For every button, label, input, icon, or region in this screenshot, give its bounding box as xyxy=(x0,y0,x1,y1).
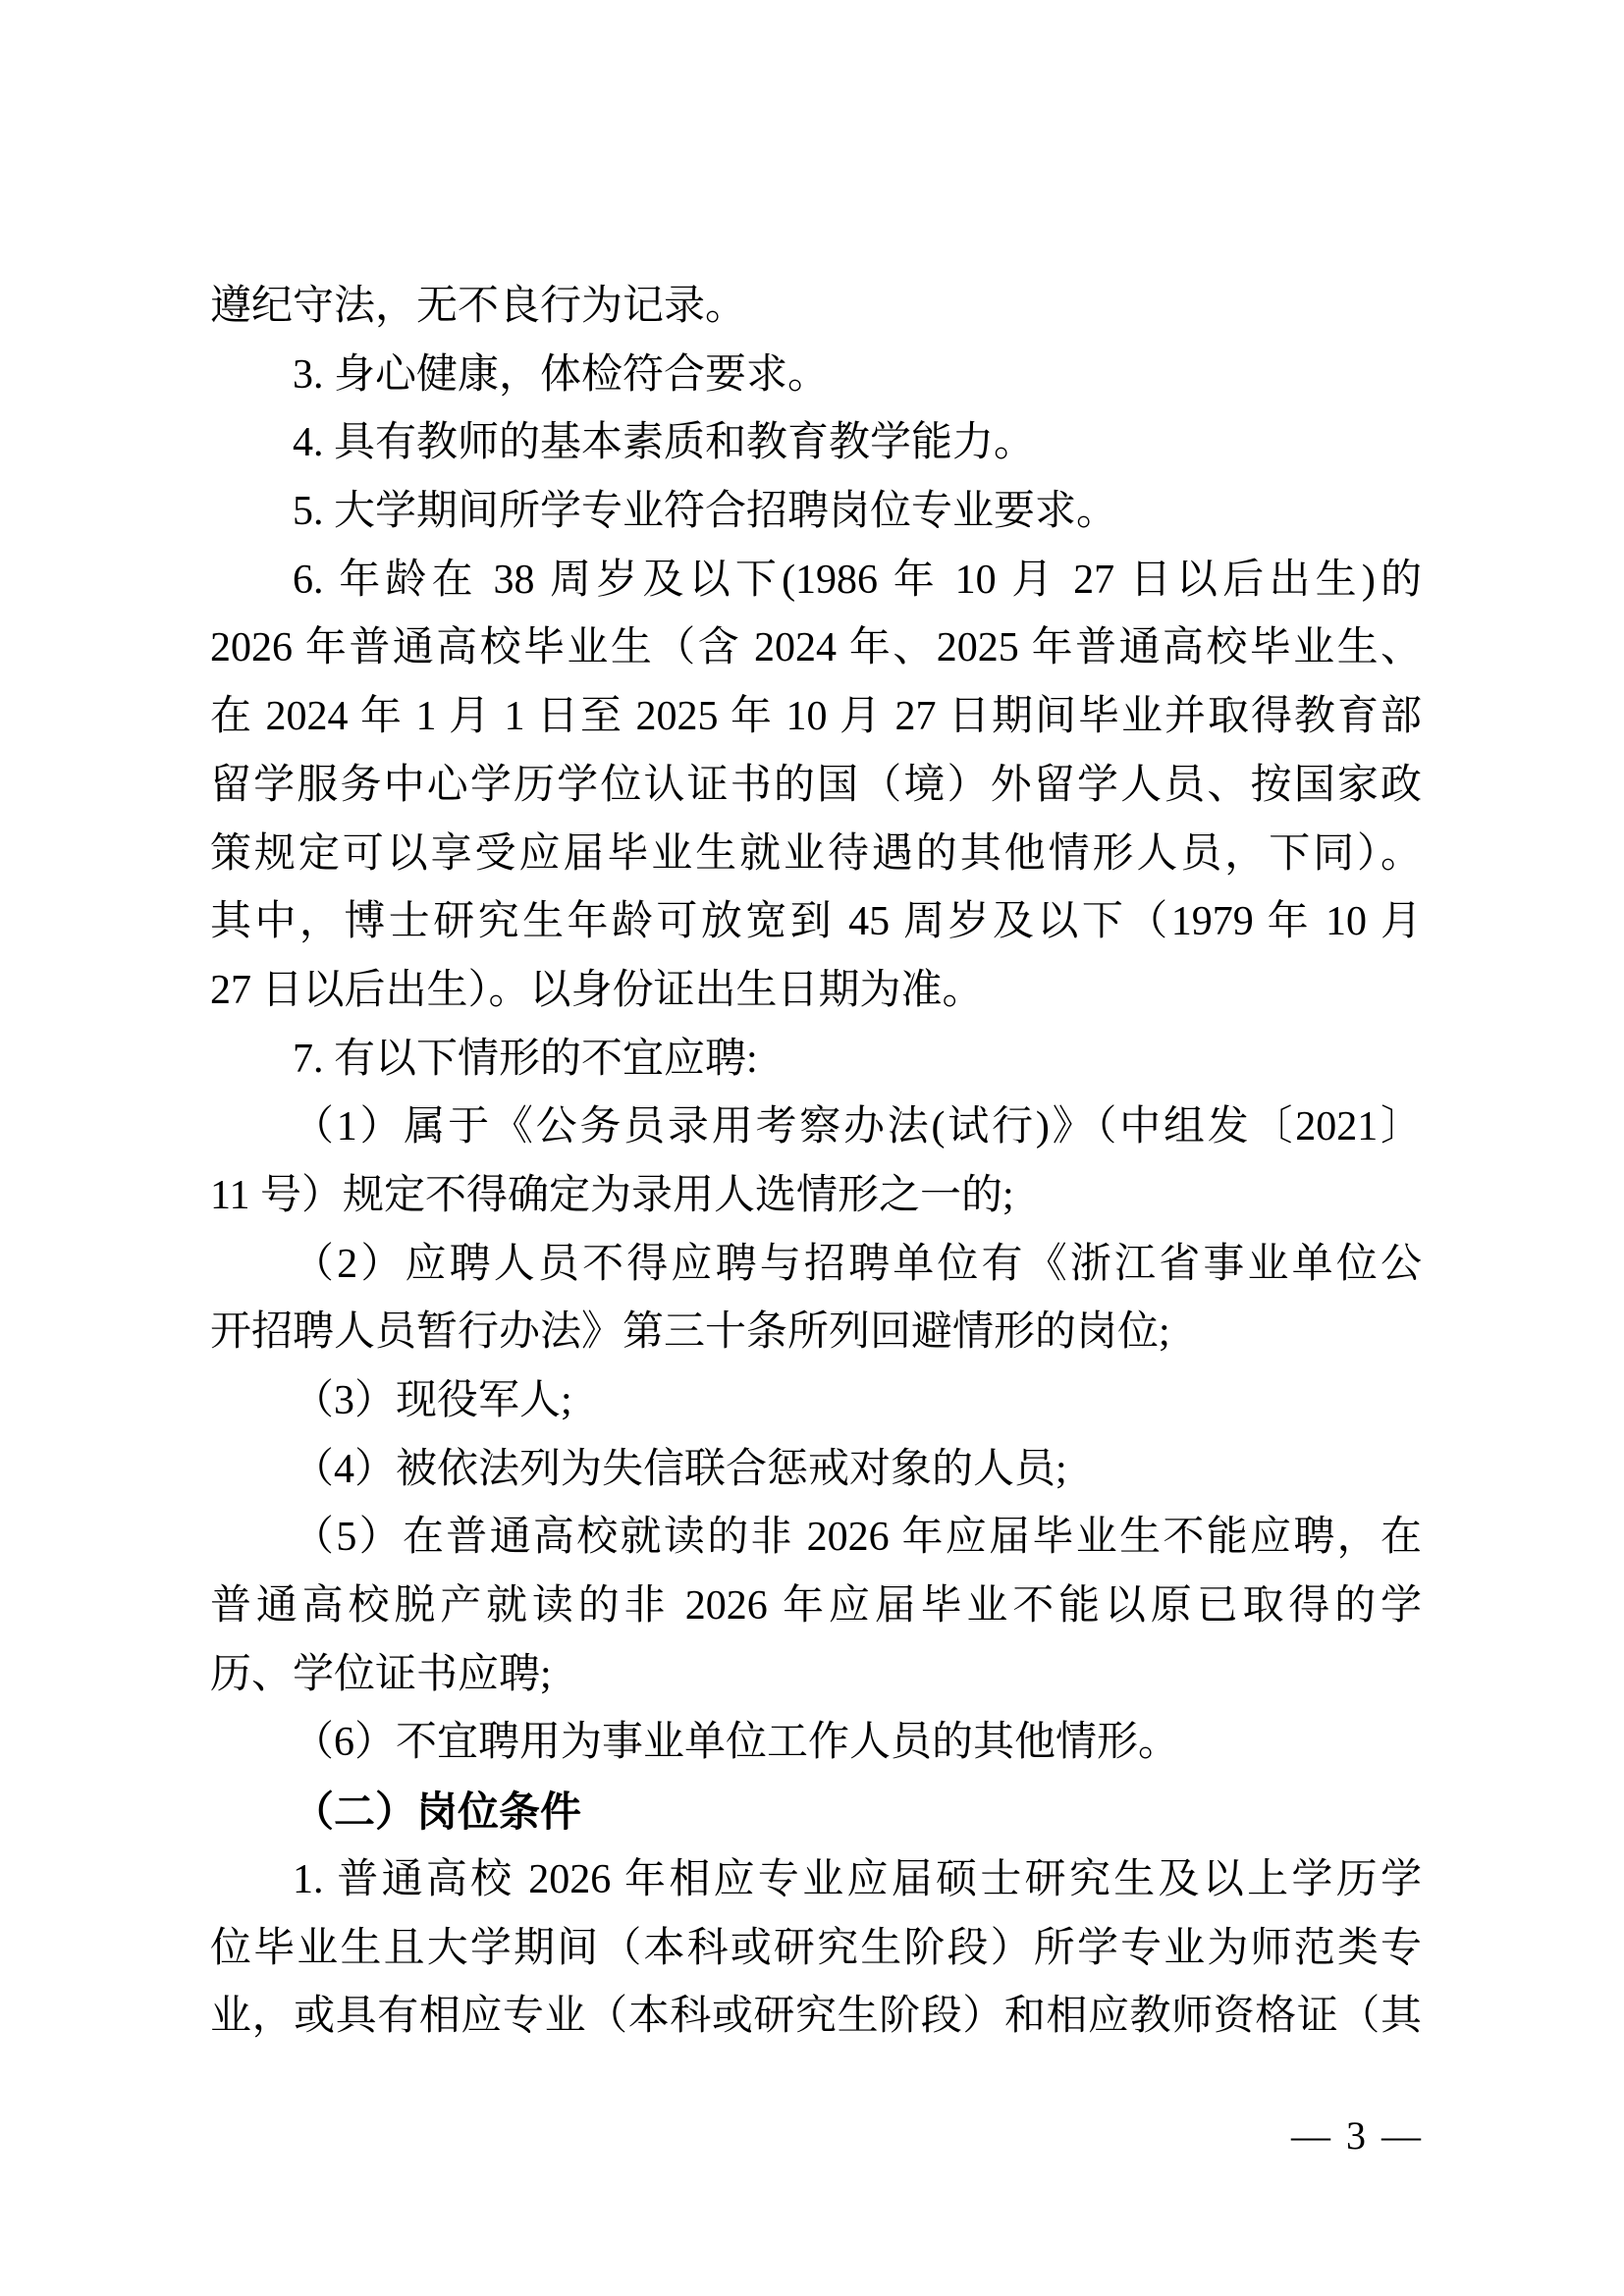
text-line: 1. 普通高校 2026 年相应专业应届硕士研究生及以上学历学 xyxy=(210,1846,1422,1915)
text-line: （3）现役军人; xyxy=(210,1367,1422,1436)
text-line: 27 日以后出生）。以身份证出生日期为准。 xyxy=(210,957,1422,1026)
text-line: 2026 年普通高校毕业生（含 2024 年、2025 年普通高校毕业生、 xyxy=(210,614,1422,683)
text-line: 普通高校脱产就读的非 2026 年应届毕业不能以原已取得的学 xyxy=(210,1573,1422,1641)
text-line: 历、学位证书应聘; xyxy=(210,1641,1422,1710)
text-line: （5）在普通高校就读的非 2026 年应届毕业生不能应聘，在 xyxy=(210,1504,1422,1573)
text-line: （6）不宜聘用为事业单位工作人员的其他情形。 xyxy=(210,1709,1422,1778)
text-line: 遵纪守法，无不良行为记录。 xyxy=(210,273,1422,342)
text-line: （4）被依法列为失信联合惩戒对象的人员; xyxy=(210,1436,1422,1505)
text-line: 4. 具有教师的基本素质和教育教学能力。 xyxy=(210,409,1422,478)
page-number: — 3 — xyxy=(1291,2112,1424,2159)
text-line: （1）属于《公务员录用考察办法(试行)》（中组发〔2021〕 xyxy=(210,1094,1422,1162)
text-line: 开招聘人员暂行办法》第三十条所列回避情形的岗位; xyxy=(210,1299,1422,1367)
text-line: 留学服务中心学历学位认证书的国（境）外留学人员、按国家政 xyxy=(210,752,1422,821)
text-line: 在 2024 年 1 月 1 日至 2025 年 10 月 27 日期间毕业并取… xyxy=(210,683,1422,752)
text-line: 3. 身心健康，体检符合要求。 xyxy=(210,342,1422,410)
text-line: 位毕业生且大学期间（本科或研究生阶段）所学专业为师范类专 xyxy=(210,1915,1422,1984)
document-lines: 遵纪守法，无不良行为记录。3. 身心健康，体检符合要求。4. 具有教师的基本素质… xyxy=(210,273,1422,2052)
text-line: （二）岗位条件 xyxy=(210,1778,1422,1846)
text-line: 5. 大学期间所学专业符合招聘岗位专业要求。 xyxy=(210,478,1422,547)
text-line: （2）应聘人员不得应聘与招聘单位有《浙江省事业单位公 xyxy=(210,1231,1422,1300)
text-line: 6. 年龄在 38 周岁及以下(1986 年 10 月 27 日以后出生)的 xyxy=(210,547,1422,615)
text-line: 其中，博士研究生年龄可放宽到 45 周岁及以下（1979 年 10 月 xyxy=(210,888,1422,957)
text-line: 策规定可以享受应届毕业生就业待遇的其他情形人员，下同）。 xyxy=(210,821,1422,889)
text-line: 业，或具有相应专业（本科或研究生阶段）和相应教师资格证（其 xyxy=(210,1983,1422,2052)
text-line: 7. 有以下情形的不宜应聘: xyxy=(210,1026,1422,1095)
text-line: 11 号）规定不得确定为录用人选情形之一的; xyxy=(210,1162,1422,1231)
document-page: 遵纪守法，无不良行为记录。3. 身心健康，体检符合要求。4. 具有教师的基本素质… xyxy=(0,0,1624,2296)
